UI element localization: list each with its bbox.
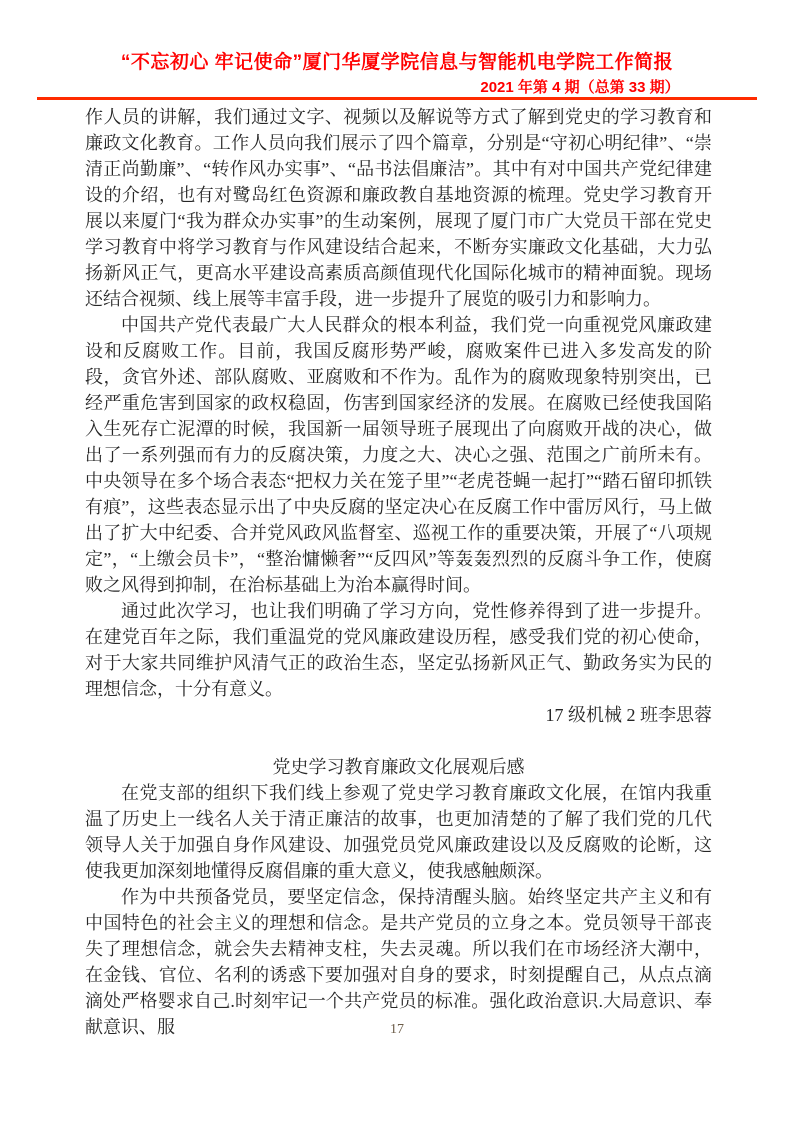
article1-author-signature: 17 级机械 2 班李思蓉	[85, 702, 712, 728]
issue-line: 2021 年第 4 期（总第 33 期）	[404, 76, 756, 97]
article1-paragraph-1: 作人员的讲解，我们通过文字、视频以及解说等方式了解到党史的学习教育和廉政文化教育…	[85, 104, 712, 312]
document-page: “不忘初心 牢记使命”厦门华厦学院信息与智能机电学院工作简报 2021 年第 4…	[0, 0, 794, 1123]
article2-paragraph-1: 在党支部的组织下我们线上参观了党史学习教育廉政文化展，在馆内我重温了历史上一线名…	[85, 780, 712, 884]
body-text-block: 作人员的讲解，我们通过文字、视频以及解说等方式了解到党史的学习教育和廉政文化教育…	[85, 104, 712, 1040]
article1-paragraph-3: 通过此次学习，也让我们明确了学习方向，党性修养得到了进一步提升。 在建党百年之际…	[85, 598, 712, 702]
bulletin-title: “不忘初心 牢记使命”厦门华厦学院信息与智能机电学院工作简报	[0, 47, 794, 74]
article1-paragraph-2: 中国共产党代表最广大人民群众的根本利益，我们党一向重视党风廉政建设和反腐败工作。…	[85, 312, 712, 598]
page-number: 17	[0, 1022, 794, 1038]
header-divider-line	[37, 97, 757, 100]
article2-paragraph-2: 作为中共预备党员，要坚定信念，保持清醒头脑。始终坚定共产主义和有中国特色的社会主…	[85, 884, 712, 1040]
article2-title: 党史学习教育廉政文化展观后感	[85, 754, 712, 780]
